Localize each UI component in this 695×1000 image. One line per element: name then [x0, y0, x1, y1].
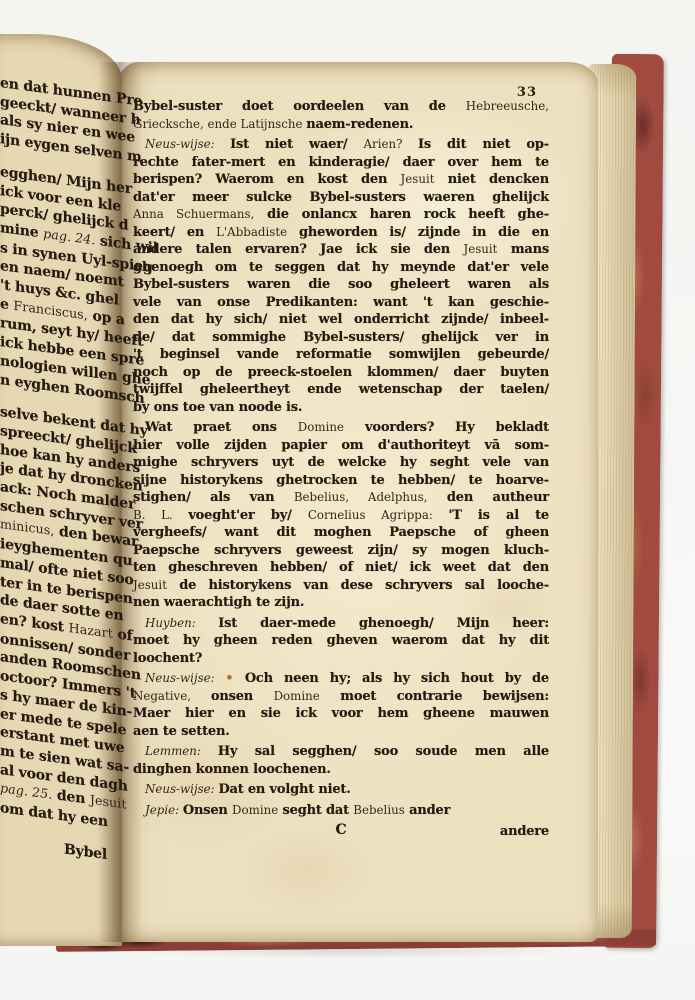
text-line: ten gheschreven hebben/ of niet/ ick wee… [133, 559, 549, 577]
text-line: noch op de preeck-stoelen klommen/ daer … [133, 364, 549, 382]
paragraph: Huyben: Ist daer-mede ghenoegh/ Mijn hee… [133, 615, 549, 668]
text-line: berispen? Waerom en kost den Jesuit niet… [133, 171, 549, 189]
text-run: loochent? [133, 651, 202, 666]
text-run: mighe schryvers uyt de welcke hy seght v… [133, 455, 549, 470]
text-run: Hy sal segghen/ soo soude men alle [218, 744, 549, 759]
left-page-text: en dat hunnen Pregeeckt/ wanneer hals sy… [0, 74, 112, 865]
text-run: Jesuit [463, 242, 497, 256]
text-run: hier volle zijden papier om d'authoritey… [133, 438, 549, 453]
text-run: onsen [211, 689, 274, 704]
text-line: twijffel gheleertheyt ende wetenschap de… [133, 381, 549, 399]
text-run: Jesuit [90, 793, 127, 813]
text-run: moet contrarie bewijsen: [320, 689, 549, 704]
right-page-paragraphs: Bybel-suster doet oordeelen van de Hebre… [133, 98, 549, 819]
text-line: loochent? [133, 650, 549, 668]
text-line: Griecksche, ende Latijnsche naem-redenen… [133, 116, 549, 134]
text-line: ghenoegh om te seggen dat hy meynde dat'… [133, 259, 549, 277]
text-line: Lemmen: Hy sal segghen/ soo soude men al… [133, 743, 549, 761]
text-line: Huyben: Ist daer-mede ghenoegh/ Mijn hee… [133, 615, 549, 633]
text-run: vele van onse Predikanten: want 't kan g… [133, 295, 549, 310]
text-line: andere talen ervaren? Jae ick sie den Je… [133, 241, 549, 259]
text-run: berispen? Waerom en kost den [133, 172, 401, 187]
catchword: andere [500, 823, 549, 841]
text-run: keert/ en [133, 225, 216, 240]
text-run: 't beginsel vande reformatie somwijlen g… [133, 347, 549, 362]
text-run: Anna Schuermans, [133, 207, 254, 221]
text-run: Neus-wijse: [145, 782, 218, 796]
text-run: mans [497, 242, 549, 257]
paragraph: en dat hunnen Pregeeckt/ wanneer hals sy… [0, 74, 112, 164]
text-run: noch op de preeck-stoelen klommen/ daer … [133, 365, 549, 380]
text-line: Neus-wijse: • Och neen hy; als hy sich h… [133, 670, 549, 688]
text-run: 'T is al te [449, 508, 550, 523]
text-line: keert/ en L'Abbadiste gheworden is/ zijn… [133, 224, 549, 242]
text-run: Domine [232, 803, 278, 817]
text-run: moet hy gheen reden gheven waerom dat hy… [133, 633, 549, 648]
text-run: Bebelius [353, 803, 405, 817]
text-run: Ist niet waer/ [230, 137, 363, 152]
text-line: Wat praet ons Domine voorders? Hy beklad… [133, 419, 549, 437]
text-run: Cornelius Agrippa: [308, 508, 449, 522]
text-run: • [225, 671, 245, 686]
text-run: Paepsche schryvers geweest zijn/ sy moge… [133, 543, 549, 558]
text-run: L'Abbadiste [216, 225, 287, 239]
text-run: e [0, 296, 13, 314]
paragraph: Bybel-suster doet oordeelen van de Hebre… [133, 98, 549, 133]
text-line: Jepie: Onsen Domine seght dat Bebelius a… [133, 802, 549, 820]
text-line: by ons toe van noode is. [133, 399, 549, 417]
text-run: naem-redenen. [306, 117, 413, 132]
text-line: den dat hy sich/ niet wel onderricht zij… [133, 311, 549, 329]
text-run: Jepie: [145, 803, 183, 817]
text-line: aen te setten. [133, 723, 549, 741]
text-run: Lemmen: [145, 744, 218, 758]
text-line: vergheefs/ want dit moghen Paepsche of g… [133, 524, 549, 542]
text-line: rechte fater-mert en kinderagie/ daer ov… [133, 154, 549, 172]
text-run: Wat praet ons [145, 420, 298, 435]
text-run: of [113, 626, 133, 645]
text-run: Ist daer-mede ghenoegh/ Mijn heer: [218, 616, 549, 631]
text-run: Griecksche, ende Latijnsche [133, 117, 306, 131]
text-line: 't beginsel vande reformatie somwijlen g… [133, 346, 549, 364]
text-run: de historykens van dese schryvers sal lo… [167, 578, 549, 593]
text-run: den dat hy sich/ niet wel onderricht zij… [133, 312, 549, 327]
text-run: nen waerachtigh te zijn. [133, 595, 304, 610]
text-line: hier volle zijden papier om d'authoritey… [133, 437, 549, 455]
page-number: 33 [517, 84, 537, 102]
right-page-text: 33 Bybel-suster doet oordeelen van de He… [133, 84, 549, 840]
text-run: den [52, 787, 90, 808]
text-run: Negative, [133, 689, 211, 703]
text-run: Domine [298, 420, 344, 434]
text-line: nen waerachtigh te zijn. [133, 594, 549, 612]
text-run: by ons toe van noode is. [133, 400, 302, 415]
text-line: Jesuit de historykens van dese schryvers… [133, 577, 549, 595]
text-run: Jesuit [133, 578, 167, 592]
text-line: de/ dat sommighe Bybel-susters/ ghelijck… [133, 329, 549, 347]
text-line: Anna Schuermans, die onlancx haren rock … [133, 206, 549, 224]
catchword: Bybel [64, 841, 107, 863]
text-run: die onlancx haren rock heeft ghe- [254, 207, 549, 222]
text-line: Bybel-susters waren die soo gheleert war… [133, 276, 549, 294]
text-line: sijne historykens ghetrocken te hebben/ … [133, 472, 549, 490]
text-line: Bybel-suster doet oordeelen van de Hebre… [133, 98, 549, 116]
text-run: Dat en volght niet. [218, 782, 350, 797]
text-line: Neus-wijse: Ist niet waer/ Arien? Is dit… [133, 136, 549, 154]
text-line: mighe schryvers uyt de welcke hy seght v… [133, 454, 549, 472]
text-run: voorders? Hy bekladt [344, 420, 549, 435]
paragraph: Neus-wijse: Ist niet waer/ Arien? Is dit… [133, 136, 549, 416]
text-run: Bybel-susters waren die soo gheleert war… [133, 277, 549, 292]
paragraph: selve bekent dat hyspreeckt/ ghelijckhoe… [0, 403, 112, 832]
paragraph: egghen/ Mijn herick voor een kleperck/ g… [0, 163, 112, 404]
book-photo: en dat hunnen Pregeeckt/ wanneer hals sy… [0, 0, 695, 1000]
text-line: dat'er meer sulcke Bybel-susters waeren … [133, 189, 549, 207]
text-run: aen te setten. [133, 724, 230, 739]
text-run: ghenoegh om te seggen dat hy meynde dat'… [133, 260, 549, 275]
text-run: Domine [274, 689, 320, 703]
text-run: vergheefs/ want dit moghen Paepsche of g… [133, 525, 549, 540]
text-line: Neus-wijse: Dat en volght niet. [133, 781, 549, 799]
text-run: ten gheschreven hebben/ of niet/ ick wee… [133, 560, 549, 575]
text-line: stighen/ als van Bebelius, Adelphus, den… [133, 489, 549, 507]
text-run: Onsen [183, 803, 232, 818]
text-line: vele van onse Predikanten: want 't kan g… [133, 294, 549, 312]
text-run: seght dat [278, 803, 353, 818]
text-run: mine [0, 220, 43, 242]
text-run: Bebelius, Adelphus, [294, 490, 428, 504]
text-run: Neus-wijse: [145, 671, 225, 685]
text-run: Maer hier en sie ick voor hem gheene mau… [133, 706, 549, 721]
text-line: Paepsche schryvers geweest zijn/ sy moge… [133, 542, 549, 560]
text-run: Neus-wijse: [145, 137, 230, 151]
paragraph: Jepie: Onsen Domine seght dat Bebelius a… [133, 802, 549, 820]
text-run: Is dit niet op- [418, 137, 549, 152]
signature-mark: C [336, 822, 347, 838]
text-run: Bybel-suster doet oordeelen van de [133, 99, 466, 114]
text-run: B. L. [133, 508, 188, 522]
paragraph: Neus-wijse: • Och neen hy; als hy sich h… [133, 670, 549, 740]
page-footer: C andere [133, 822, 549, 840]
text-run: Jesuit [401, 172, 435, 186]
text-run: dat'er meer sulcke Bybel-susters waeren … [133, 190, 549, 205]
text-run: twijffel gheleertheyt ende wetenschap de… [133, 382, 549, 397]
paragraph: Lemmen: Hy sal segghen/ soo soude men al… [133, 743, 549, 778]
left-page-paragraphs: en dat hunnen Pregeeckt/ wanneer hals sy… [0, 74, 112, 832]
text-run: voeght'er by/ [188, 508, 308, 523]
text-run: andere talen ervaren? Jae ick sie den [133, 242, 463, 257]
text-line: dinghen konnen loochenen. [133, 761, 549, 779]
text-run: gheworden is/ zijnde in die en [287, 225, 549, 240]
text-run: stighen/ als van [133, 490, 294, 505]
text-line: moet hy gheen reden gheven waerom dat hy… [133, 632, 549, 650]
text-run: Arien? [364, 137, 418, 151]
text-run: ander [405, 803, 450, 818]
text-run: dinghen konnen loochenen. [133, 762, 331, 777]
text-line: B. L. voeght'er by/ Cornelius Agrippa: '… [133, 507, 549, 525]
text-run: Huyben: [145, 616, 218, 630]
text-run: rechte fater-mert en kinderagie/ daer ov… [133, 155, 549, 170]
text-run: den autheur [427, 490, 549, 505]
text-run: de/ dat sommighe Bybel-susters/ ghelijck… [133, 330, 549, 345]
text-run: Hazart [69, 621, 113, 642]
text-run: sijne historykens ghetrocken te hebben/ … [133, 473, 549, 488]
text-run: Och neen hy; als hy sich hout by de [245, 671, 549, 686]
text-run: niet dencken [435, 172, 550, 187]
book-shadow [40, 944, 660, 966]
paragraph: Wat praet ons Domine voorders? Hy beklad… [133, 419, 549, 612]
text-line: Maer hier en sie ick voor hem gheene mau… [133, 705, 549, 723]
text-line: Negative, onsen Domine moet contrarie be… [133, 688, 549, 706]
paragraph: Neus-wijse: Dat en volght niet. [133, 781, 549, 799]
